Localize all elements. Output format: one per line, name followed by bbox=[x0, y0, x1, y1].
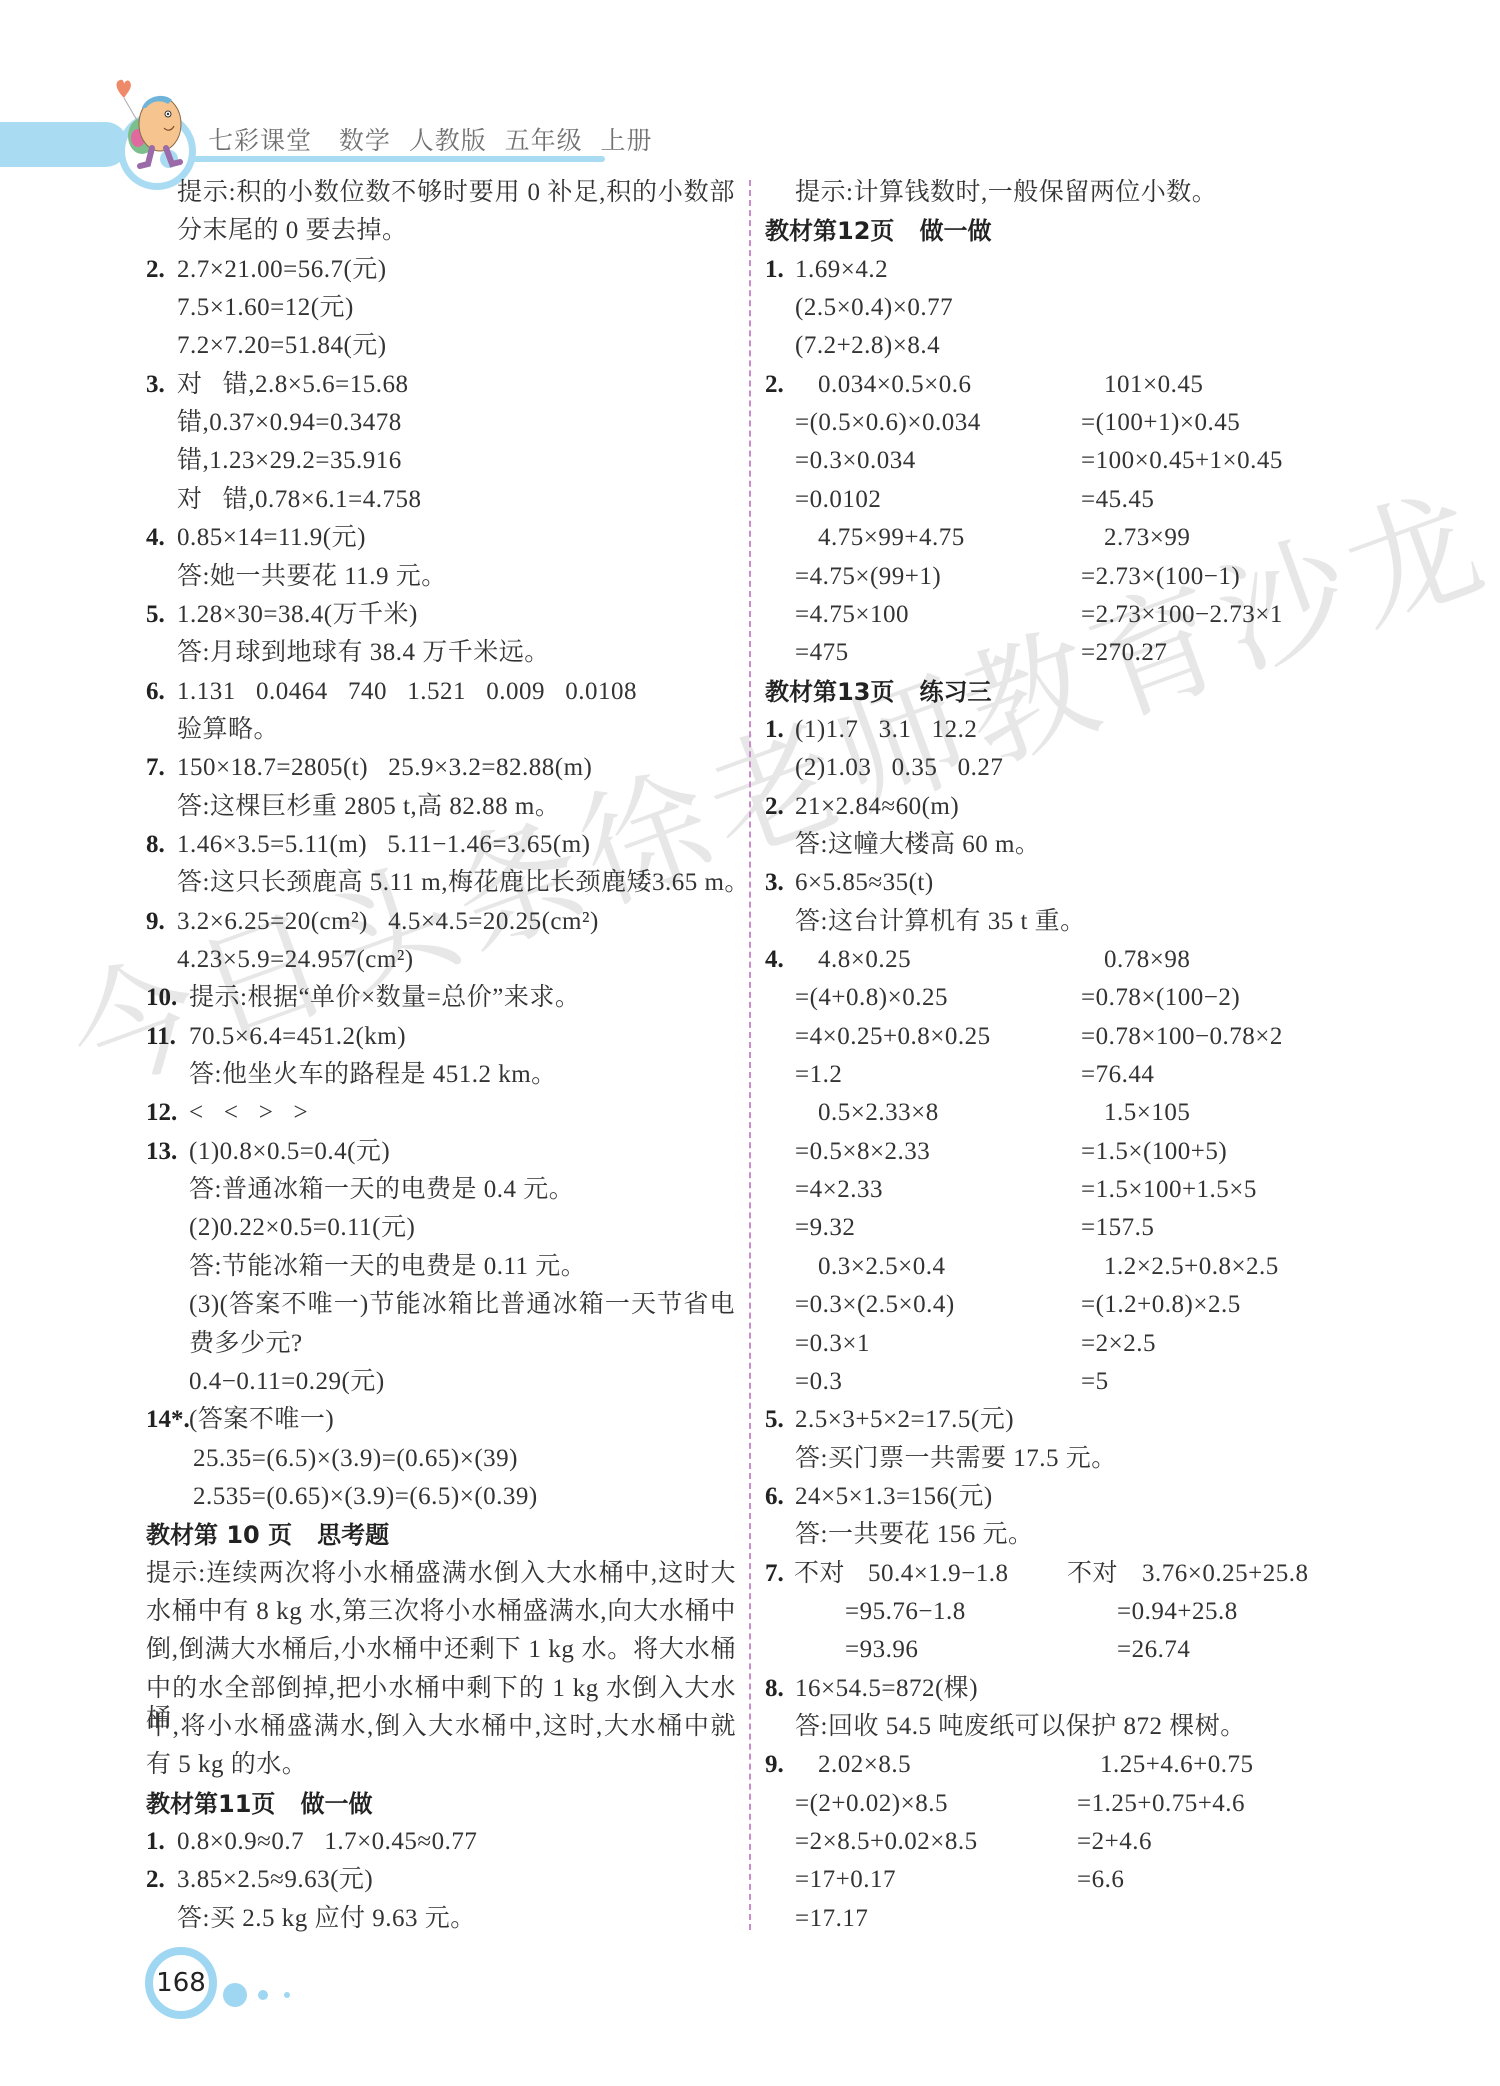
answer-line: 对 错,2.8×5.6=15.68 bbox=[177, 370, 408, 400]
calc-step: =6.6 bbox=[1077, 1865, 1124, 1895]
calc-step: =4.75×(99+1) bbox=[795, 562, 941, 592]
calc-step: =45.45 bbox=[1081, 485, 1154, 515]
calc-step: =2.73×100−2.73×1 bbox=[1081, 600, 1283, 630]
calc-step: =(100+1)×0.45 bbox=[1081, 408, 1240, 438]
answer-line: 提示:连续两次将小水桶盛满水倒入大水桶中,这时大 bbox=[146, 1559, 736, 1589]
item-number: 4. bbox=[765, 945, 784, 975]
answer-line: (2)1.03 0.35 0.27 bbox=[795, 753, 1003, 783]
item-number: 6. bbox=[765, 1482, 784, 1512]
calc-step: =(4+0.8)×0.25 bbox=[795, 983, 948, 1013]
answer-line: 对 错,0.78×6.1=4.758 bbox=[177, 485, 421, 515]
section-heading: 教材第 10 页 思考题 bbox=[146, 1520, 389, 1550]
calc-step: =0.3×1 bbox=[795, 1329, 870, 1359]
answer-line: 7.2×7.20=51.84(元) bbox=[177, 331, 387, 361]
item-number: 3. bbox=[765, 868, 784, 898]
item-number: 5. bbox=[146, 600, 165, 630]
calc-step: =5 bbox=[1081, 1367, 1109, 1397]
calc-step: =100×0.45+1×0.45 bbox=[1081, 446, 1283, 476]
answer-line: 提示:根据“单价×数量=总价”来求。 bbox=[189, 983, 580, 1013]
calc-step: =2+4.6 bbox=[1077, 1827, 1152, 1857]
answer-line: (1)0.8×0.5=0.4(元) bbox=[189, 1137, 390, 1167]
item-number: 7. bbox=[146, 753, 165, 783]
answer-line: 1.131 0.0464 740 1.521 0.009 0.0108 bbox=[177, 677, 637, 707]
answer-line: 答:这台计算机有 35 t 重。 bbox=[795, 907, 1086, 937]
answer-line: 7.5×1.60=12(元) bbox=[177, 293, 354, 323]
answer-line: 水桶中有 8 kg 水,第三次将小水桶盛满水,向大水桶中 bbox=[146, 1597, 736, 1627]
calc-step: 4.75×99+4.75 bbox=[818, 523, 965, 553]
item-number: 5. bbox=[765, 1405, 784, 1435]
answer-line: 答:普通冰箱一天的电费是 0.4 元。 bbox=[189, 1175, 574, 1205]
calc-step: =2×8.5+0.02×8.5 bbox=[795, 1827, 978, 1857]
calc-step: =76.44 bbox=[1081, 1060, 1154, 1090]
answer-line: 4.23×5.9=24.957(cm²) bbox=[177, 945, 414, 975]
calc-step: =26.74 bbox=[1117, 1635, 1190, 1665]
section-heading: 教材第13页 练习三 bbox=[765, 677, 991, 707]
calc-step: =0.94+25.8 bbox=[1117, 1597, 1238, 1627]
answer-line: 提示:积的小数位数不够时要用 0 补足,积的小数部 bbox=[177, 178, 735, 208]
answer-line: 答:月球到地球有 38.4 万千米远。 bbox=[177, 638, 550, 668]
calc-step: =95.76−1.8 bbox=[845, 1597, 966, 1627]
answer-line: 2.7×21.00=56.7(元) bbox=[177, 255, 387, 285]
item-number: 3. bbox=[146, 370, 165, 400]
calc-step: =4×0.25+0.8×0.25 bbox=[795, 1022, 991, 1052]
answer-line: 0.4−0.11=0.29(元) bbox=[189, 1367, 385, 1397]
answer-line: 3.2×6.25=20(cm²) 4.5×4.5=20.25(cm²) bbox=[177, 907, 599, 937]
answer-line: 中,将小水桶盛满水,倒入大水桶中,这时,大水桶中就 bbox=[146, 1712, 736, 1742]
item-number: 9. bbox=[146, 907, 165, 937]
answer-line: 答:她一共要花 11.9 元。 bbox=[177, 562, 447, 592]
answer-line: 答:节能冰箱一天的电费是 0.11 元。 bbox=[189, 1252, 586, 1282]
item-number: 2. bbox=[146, 255, 165, 285]
answer-line: 2.5×3+5×2=17.5(元) bbox=[795, 1405, 1014, 1435]
column-divider bbox=[749, 180, 751, 1930]
header-title: 七彩课堂 数学 人教版 五年级 上册 bbox=[208, 121, 653, 157]
item-number: 1. bbox=[765, 255, 784, 285]
calc-step: =2.73×(100−1) bbox=[1081, 562, 1240, 592]
answer-line: 1.28×30=38.4(万千米) bbox=[177, 600, 418, 630]
calc-step: 0.034×0.5×0.6 bbox=[818, 370, 971, 400]
calc-step: 0.3×2.5×0.4 bbox=[818, 1252, 945, 1282]
item-number: 14*. bbox=[146, 1405, 190, 1435]
answer-line: 0.85×14=11.9(元) bbox=[177, 523, 366, 553]
calc-step: =0.3×(2.5×0.4) bbox=[795, 1290, 955, 1320]
calc-step: =2×2.5 bbox=[1081, 1329, 1156, 1359]
calc-step: =4.75×100 bbox=[795, 600, 909, 630]
item-number: 8. bbox=[146, 830, 165, 860]
answer-line: 答:这幢大楼高 60 m。 bbox=[795, 830, 1040, 860]
calc-step: =17+0.17 bbox=[795, 1865, 896, 1895]
calc-step: 0.5×2.33×8 bbox=[818, 1098, 939, 1128]
calc-step: 2.02×8.5 bbox=[818, 1750, 911, 1780]
item-number: 9. bbox=[765, 1750, 784, 1780]
egg-mascot-icon bbox=[108, 70, 208, 180]
page-number: 168 bbox=[156, 1968, 206, 1998]
item-number: 7. bbox=[765, 1559, 784, 1589]
calc-step: =9.32 bbox=[795, 1213, 855, 1243]
calc-step: =1.25+0.75+4.6 bbox=[1077, 1789, 1245, 1819]
answer-line: 提示:计算钱数时,一般保留两位小数。 bbox=[795, 178, 1217, 208]
calc-step: 50.4×1.9−1.8 bbox=[868, 1559, 1008, 1589]
calc-step: =(1.2+0.8)×2.5 bbox=[1081, 1290, 1241, 1320]
item-number: 2. bbox=[765, 792, 784, 822]
answer-line: 答:回收 54.5 吨废纸可以保护 872 棵树。 bbox=[795, 1712, 1246, 1742]
item-number: 4. bbox=[146, 523, 165, 553]
answer-line: 25.35=(6.5)×(3.9)=(0.65)×(39) bbox=[193, 1444, 518, 1474]
answer-line: 0.8×0.9≈0.7 1.7×0.45≈0.77 bbox=[177, 1827, 477, 1857]
answer-line: (答案不唯一) bbox=[189, 1405, 334, 1435]
answer-line: 150×18.7=2805(t) 25.9×3.2=82.88(m) bbox=[177, 753, 592, 783]
answer-line: 2.535=(0.65)×(3.9)=(6.5)×(0.39) bbox=[193, 1482, 538, 1512]
calc-step: 4.8×0.25 bbox=[818, 945, 911, 975]
calc-step: =17.17 bbox=[795, 1904, 868, 1934]
calc-step: =0.3×0.034 bbox=[795, 446, 916, 476]
item-number: 2. bbox=[765, 370, 784, 400]
answer-line: (2.5×0.4)×0.77 bbox=[795, 293, 953, 323]
answer-line: 21×2.84≈60(m) bbox=[795, 792, 959, 822]
calc-step: =0.3 bbox=[795, 1367, 842, 1397]
answer-page: 七彩课堂 数学 人教版 五年级 上册 今日头条徐老师教育沙龙 提示:积的小数位数… bbox=[0, 0, 1500, 2086]
section-heading: 教材第12页 做一做 bbox=[765, 216, 991, 246]
calc-step: =1.2 bbox=[795, 1060, 842, 1090]
calc-step: 3.76×0.25+25.8 bbox=[1142, 1559, 1308, 1589]
answer-line: 16×54.5=872(棵) bbox=[795, 1674, 978, 1704]
item-number: 10. bbox=[146, 983, 177, 1013]
answer-line: 答:买门票一共需要 17.5 元。 bbox=[795, 1444, 1117, 1474]
item-number: 11. bbox=[146, 1022, 176, 1052]
calc-step: 101×0.45 bbox=[1104, 370, 1203, 400]
answer-line: 答:这只长颈鹿高 5.11 m,梅花鹿比长颈鹿矮3.65 m。 bbox=[177, 868, 750, 898]
page-number-badge: 168 bbox=[145, 1947, 217, 2019]
calc-step: =1.5×(100+5) bbox=[1081, 1137, 1227, 1167]
calc-step: =93.96 bbox=[845, 1635, 918, 1665]
answer-line: 1.46×3.5=5.11(m) 5.11−1.46=3.65(m) bbox=[177, 830, 590, 860]
calc-step: =270.27 bbox=[1081, 638, 1167, 668]
answer-line: (7.2+2.8)×8.4 bbox=[795, 331, 940, 361]
answer-line: 答:他坐火车的路程是 451.2 km。 bbox=[189, 1060, 557, 1090]
item-number: 1. bbox=[146, 1827, 165, 1857]
calc-step: =(0.5×0.6)×0.034 bbox=[795, 408, 981, 438]
calc-step: =4×2.33 bbox=[795, 1175, 883, 1205]
calc-step: 0.78×98 bbox=[1104, 945, 1190, 975]
calc-step: =157.5 bbox=[1081, 1213, 1154, 1243]
calc-step: =0.78×100−0.78×2 bbox=[1081, 1022, 1283, 1052]
item-number: 6. bbox=[146, 677, 165, 707]
answer-line: (1)1.7 3.1 12.2 bbox=[795, 715, 977, 745]
item-number: 1. bbox=[765, 715, 784, 745]
answer-line: (2)0.22×0.5=0.11(元) bbox=[189, 1213, 415, 1243]
calc-step: =1.5×100+1.5×5 bbox=[1081, 1175, 1257, 1205]
section-heading: 教材第11页 做一做 bbox=[146, 1789, 372, 1819]
answer-line: 验算略。 bbox=[177, 715, 279, 745]
item-number: 8. bbox=[765, 1674, 784, 1704]
calc-step: =0.5×8×2.33 bbox=[795, 1137, 930, 1167]
calc-step: 1.25+4.6+0.75 bbox=[1100, 1750, 1253, 1780]
footer-dot-large bbox=[223, 1983, 247, 2007]
answer-line: 3.85×2.5≈9.63(元) bbox=[177, 1865, 373, 1895]
answer-line: 错,1.23×29.2=35.916 bbox=[177, 446, 402, 476]
calc-step: 不对 bbox=[794, 1559, 845, 1589]
answer-line: 分末尾的 0 要去掉。 bbox=[177, 216, 408, 246]
item-number: 12. bbox=[146, 1098, 177, 1128]
calc-step: =(2+0.02)×8.5 bbox=[795, 1789, 948, 1819]
answer-line: 费多少元? bbox=[189, 1329, 303, 1359]
calc-step: =475 bbox=[795, 638, 849, 668]
answer-line: 答:一共要花 156 元。 bbox=[795, 1520, 1033, 1550]
answer-line: 70.5×6.4=451.2(km) bbox=[189, 1022, 406, 1052]
answer-line: 24×5×1.3=156(元) bbox=[795, 1482, 993, 1512]
footer-dot-medium bbox=[258, 1990, 268, 2000]
answer-line: 1.69×4.2 bbox=[795, 255, 888, 285]
item-number: 13. bbox=[146, 1137, 177, 1167]
answer-line: 答:买 2.5 kg 应付 9.63 元。 bbox=[177, 1904, 476, 1934]
answer-line: 有 5 kg 的水。 bbox=[146, 1750, 307, 1780]
calc-step: 2.73×99 bbox=[1104, 523, 1190, 553]
calc-step: 不对 bbox=[1067, 1559, 1118, 1589]
answer-line: 答:这棵巨杉重 2805 t,高 82.88 m。 bbox=[177, 792, 560, 822]
answer-line: 6×5.85≈35(t) bbox=[795, 868, 934, 898]
item-number: 2. bbox=[146, 1865, 165, 1895]
footer-dot-small bbox=[284, 1992, 290, 1998]
calc-step: 1.5×105 bbox=[1104, 1098, 1190, 1128]
calc-step: =0.0102 bbox=[795, 485, 881, 515]
answer-line: 倒,倒满大水桶后,小水桶中还剩下 1 kg 水。将大水桶 bbox=[146, 1635, 736, 1665]
answer-line: 错,0.37×0.94=0.3478 bbox=[177, 408, 402, 438]
answer-line: < < > > bbox=[189, 1098, 308, 1128]
calc-step: =0.78×(100−2) bbox=[1081, 983, 1240, 1013]
calc-step: 1.2×2.5+0.8×2.5 bbox=[1104, 1252, 1279, 1282]
answer-line: (3)(答案不唯一)节能冰箱比普通冰箱一天节省电 bbox=[189, 1290, 735, 1320]
